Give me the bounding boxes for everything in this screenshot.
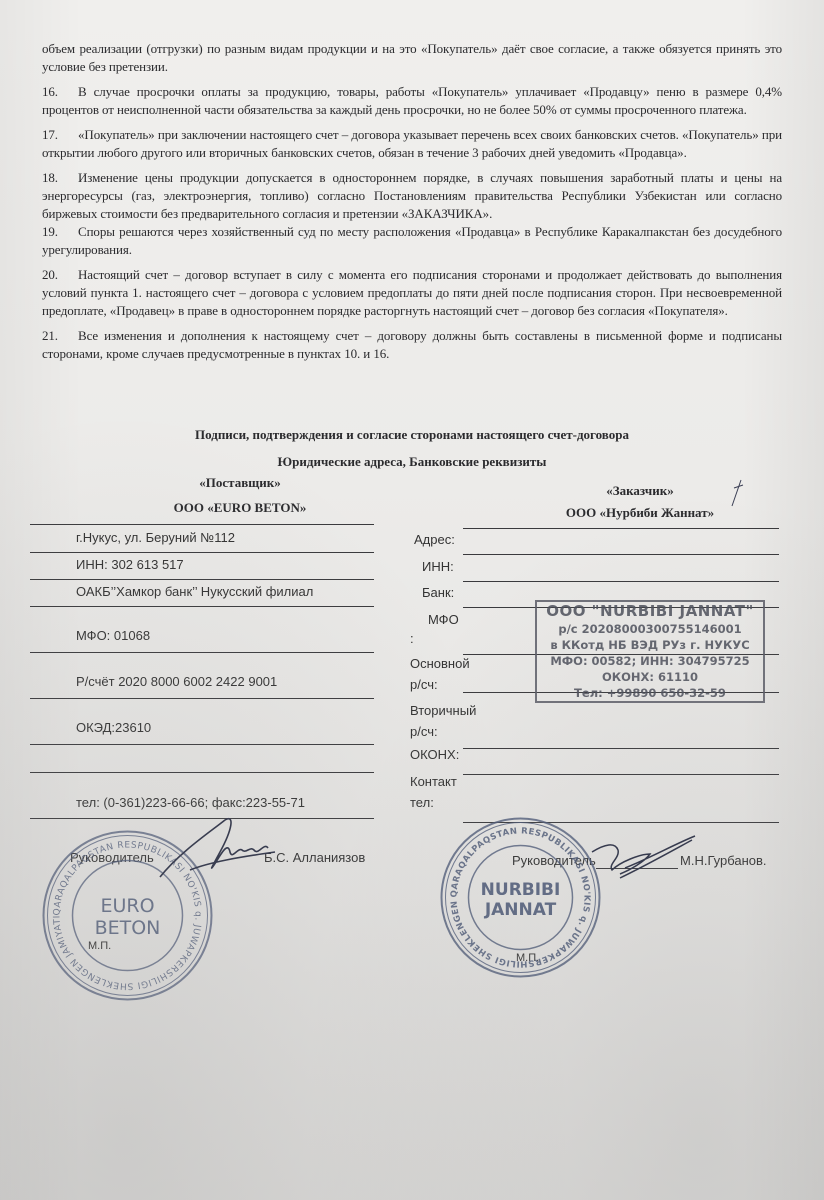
- seal-center-line: BETON: [95, 917, 161, 939]
- customer-rule: [463, 774, 779, 775]
- customer-main-account-label: Основнойр/сч:: [410, 653, 470, 695]
- clause-number: 20.: [42, 266, 78, 284]
- clause-text: Споры решаются через хозяйственный суд п…: [42, 224, 782, 257]
- supplier-mfo: МФО: 01068: [76, 628, 150, 643]
- supplier-rule: [30, 744, 374, 745]
- contract-clauses: объем реализации (отгрузки) по разным ви…: [42, 40, 782, 370]
- clause-number: 17.: [42, 126, 78, 144]
- stamp-line: в ККотд НБ ВЭД РУз г. НУКУС: [537, 637, 763, 653]
- clause-number: 21.: [42, 327, 78, 345]
- supplier-rule: [30, 772, 374, 773]
- clause-number: 19.: [42, 223, 78, 241]
- contract-page: объем реализации (отгрузки) по разным ви…: [0, 0, 824, 1200]
- supplier-oked: ОКЭД:23610: [76, 720, 151, 735]
- customer-contact-label: Контакттел:: [410, 771, 457, 813]
- seal-center-line: JANNAT: [484, 900, 557, 920]
- pen-mark-icon: [726, 478, 746, 508]
- label-line: р/сч:: [410, 677, 438, 692]
- requisites-heading: Юридические адреса, Банковские реквизиты: [0, 454, 824, 470]
- clause-17: 17.«Покупатель» при заключении настоящег…: [42, 126, 782, 162]
- clause-21: 21.Все изменения и дополнения к настояще…: [42, 327, 782, 363]
- label-line: Контакт: [410, 774, 457, 789]
- customer-round-seal-icon: QARAQALPAQSTAN RESPUBLIKASI NO'KIS q. JU…: [438, 815, 603, 980]
- supplier-bank: ОАКБ’’Хамкор банк’’ Нукусский филиал: [76, 584, 313, 599]
- signatures-heading: Подписи, подтверждения и согласие сторон…: [0, 427, 824, 443]
- supplier-rule: [30, 524, 374, 525]
- clause-text: Все изменения и дополнения к настоящему …: [42, 328, 782, 361]
- clause-16: 16.В случае просрочки оплаты за продукци…: [42, 83, 782, 119]
- supplier-inn: ИНН: 302 613 517: [76, 557, 184, 572]
- clause-text: Настоящий счет – договор вступает в силу…: [42, 267, 782, 318]
- clause-text: объем реализации (отгрузки) по разным ви…: [42, 41, 782, 74]
- supplier-rule: [30, 652, 374, 653]
- customer-bank-label: Банк:: [422, 582, 454, 603]
- customer-address-label: Адрес:: [414, 529, 455, 550]
- supplier-rule: [30, 552, 374, 553]
- clause-18: 18.Изменение цены продукции допускается …: [42, 169, 782, 223]
- customer-bank-stamp: ООО "NURBIBI JANNAT" р/с 202080003007551…: [535, 600, 765, 703]
- clause-text: Изменение цены продукции допускается в о…: [42, 170, 782, 221]
- supplier-address: г.Нукус, ул. Беруний №112: [76, 530, 235, 545]
- customer-mfo-label: МФО: [428, 609, 459, 630]
- seal-center-line: EURO: [100, 895, 154, 917]
- clause-text: «Покупатель» при заключении настоящего с…: [42, 127, 782, 160]
- label-line: р/сч:: [410, 724, 438, 739]
- stamp-line: р/с 20208000300755146001: [537, 621, 763, 637]
- customer-secondary-account-label: Вторичныйр/сч:: [410, 700, 476, 742]
- customer-rule: [463, 554, 779, 555]
- clause-text: В случае просрочки оплаты за продукцию, …: [42, 84, 782, 117]
- seal-center-line: NURBIBI: [481, 880, 561, 900]
- clause-number: 16.: [42, 83, 78, 101]
- customer-inn-label: ИНН:: [422, 556, 454, 577]
- clause-20: 20.Настоящий счет – договор вступает в с…: [42, 266, 782, 320]
- clause-number: 18.: [42, 169, 78, 187]
- label-line: Вторичный: [410, 703, 476, 718]
- supplier-rule: [30, 698, 374, 699]
- stamp-line: Тел: +99890 650-32-59: [537, 685, 763, 701]
- supplier-rule: [30, 579, 374, 580]
- supplier-name: ООО «EURO BETON»: [100, 500, 380, 516]
- supplier-signature-icon: [150, 812, 280, 892]
- supplier-phone: тел: (0-361)223-66-66; факс:223-55-71: [76, 795, 305, 810]
- clause-15-continued: объем реализации (отгрузки) по разным ви…: [42, 40, 782, 76]
- customer-mfo-colon: :: [410, 628, 414, 649]
- supplier-account: Р/счёт 2020 8000 6002 2422 9001: [76, 674, 277, 689]
- label-line: Основной: [410, 656, 470, 671]
- customer-rule: [463, 748, 779, 749]
- stamp-line: ОКОНХ: 61110: [537, 669, 763, 685]
- supplier-rule: [30, 606, 374, 607]
- supplier-role: «Поставщик»: [120, 475, 360, 491]
- customer-rule: [463, 528, 779, 529]
- clause-19: 19.Споры решаются через хозяйственный су…: [42, 223, 782, 259]
- customer-role: «Заказчик»: [540, 483, 740, 499]
- label-line: тел:: [410, 795, 434, 810]
- customer-okonh-label: ОКОНХ:: [410, 744, 459, 765]
- customer-signature-icon: [590, 832, 700, 882]
- stamp-line: МФО: 00582; ИНН: 304795725: [537, 653, 763, 669]
- customer-rule: [463, 581, 779, 582]
- stamp-line: ООО "NURBIBI JANNAT": [537, 602, 763, 621]
